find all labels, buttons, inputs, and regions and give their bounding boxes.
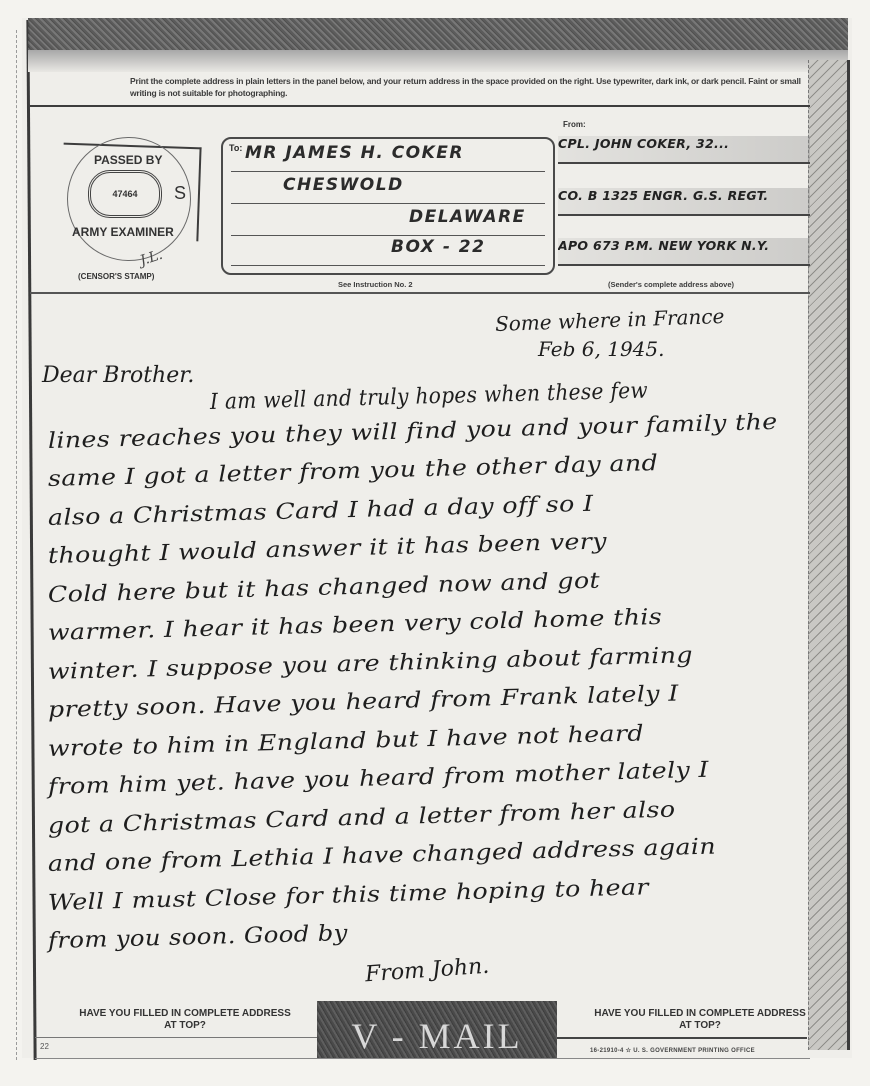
instructions-divider xyxy=(30,105,810,107)
right-edge-hatching xyxy=(808,60,850,1050)
censor-examiner-number: 47464 xyxy=(88,170,162,218)
recipient-town: CHESWOLD xyxy=(231,175,545,204)
form-number: 16-21910-4 ☆ U. S. GOVERNMENT PRINTING O… xyxy=(590,1047,755,1054)
from-label: From: xyxy=(563,120,586,129)
see-instruction: See Instruction No. 2 xyxy=(338,280,413,289)
recipient-state: DELAWARE xyxy=(231,207,545,236)
letter-date: Feb 6, 1945. xyxy=(538,337,664,361)
sender-hint: (Sender's complete address above) xyxy=(608,280,734,289)
recipient-box: BOX - 22 xyxy=(231,237,545,266)
letter-greeting: Dear Brother. xyxy=(42,363,194,388)
footer-line-right xyxy=(557,1037,807,1039)
bottom-note-left: HAVE YOU FILLED IN COMPLETE ADDRESS AT T… xyxy=(75,1008,295,1032)
recipient-name: MR JAMES H. COKER xyxy=(231,143,545,172)
page-mark: 22 xyxy=(40,1042,49,1051)
top-dark-band xyxy=(28,18,848,53)
form-instructions: Print the complete address in plain lett… xyxy=(130,75,810,99)
left-margin-dashed-line xyxy=(16,30,18,1060)
sender-name: CPL. JOHN COKER, 32... xyxy=(558,136,810,164)
bottom-note-right: HAVE YOU FILLED IN COMPLETE ADDRESS AT T… xyxy=(590,1008,810,1032)
censor-passed-by: PASSED BY xyxy=(94,153,162,167)
footer-line-left xyxy=(35,1037,317,1038)
top-band-fade xyxy=(28,50,848,72)
header-divider xyxy=(30,292,810,294)
censor-side-letter: S xyxy=(174,183,186,204)
censor-caption: (CENSOR'S STAMP) xyxy=(78,272,154,281)
recipient-address-box: To: MR JAMES H. COKER CHESWOLD DELAWARE … xyxy=(221,137,555,275)
vmail-logo: V - MAIL xyxy=(317,1001,557,1058)
censor-stamp: PASSED BY 47464 S ARMY EXAMINER xyxy=(62,145,202,260)
footer-baseline xyxy=(35,1058,810,1059)
censor-army-examiner: ARMY EXAMINER xyxy=(72,225,174,239)
sender-unit: CO. B 1325 ENGR. G.S. REGT. xyxy=(558,188,810,216)
sender-apo: APO 673 P.M. NEW YORK N.Y. xyxy=(558,238,810,266)
